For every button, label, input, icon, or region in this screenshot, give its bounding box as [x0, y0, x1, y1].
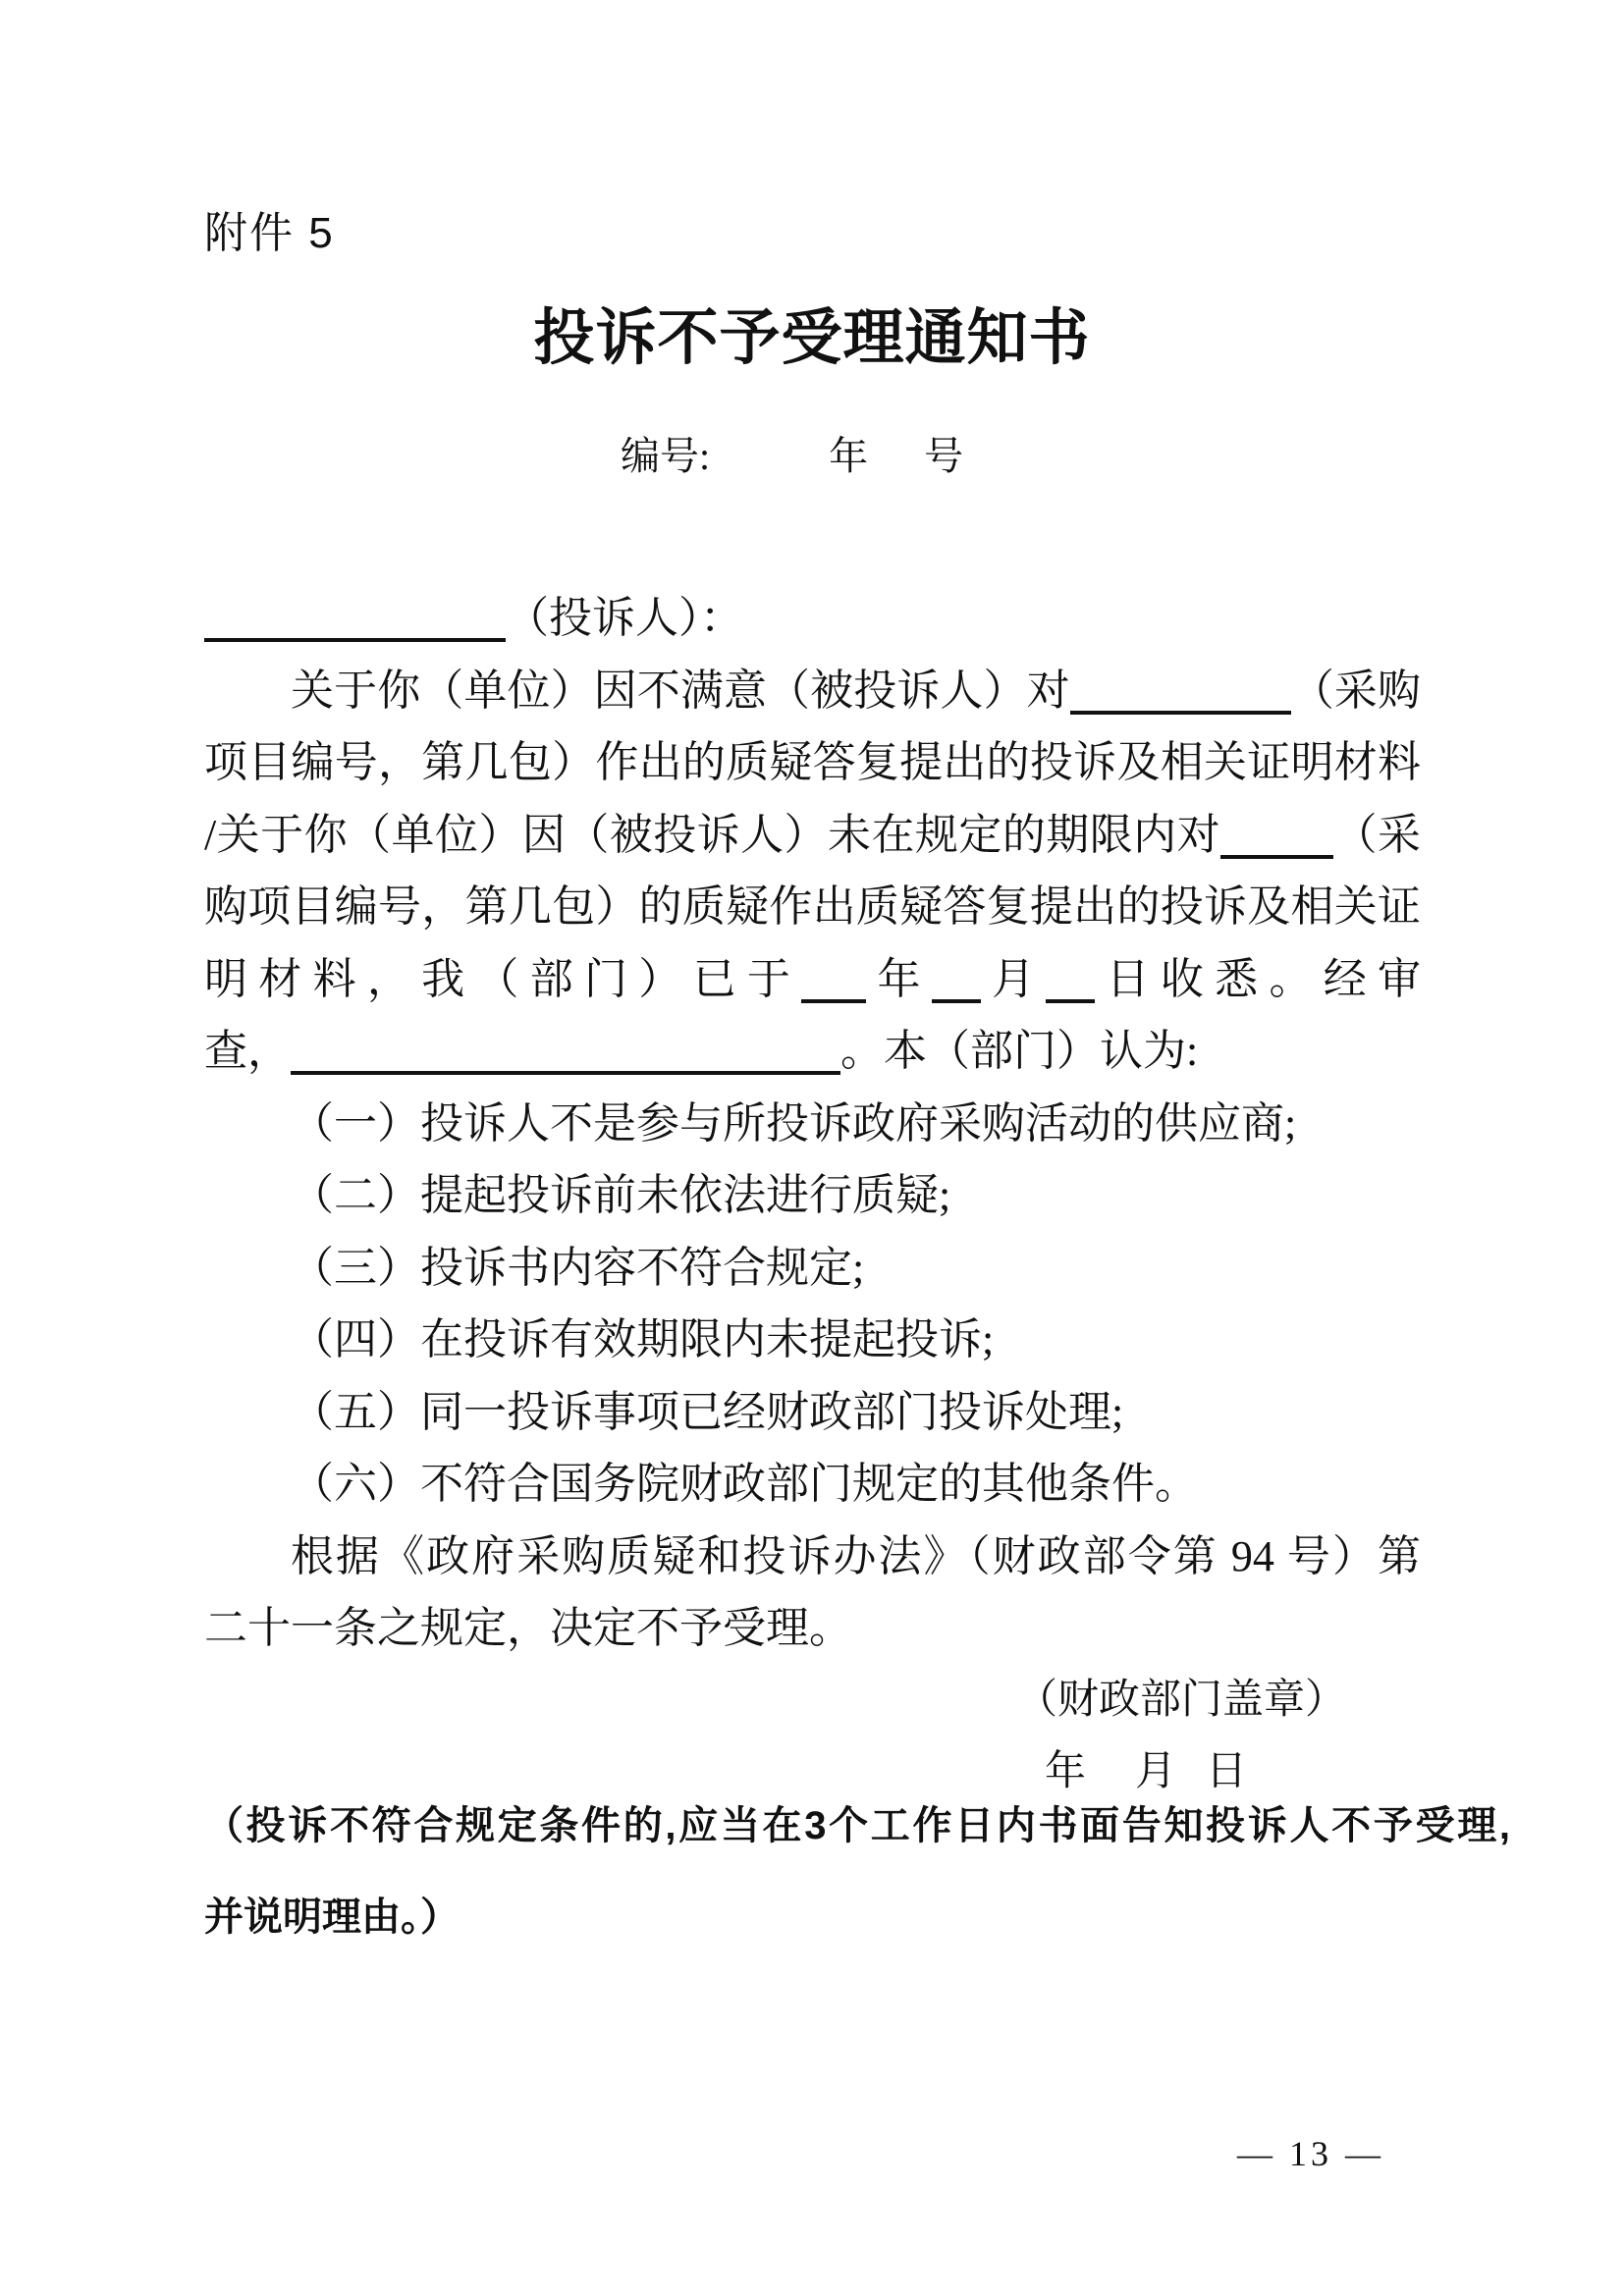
doc-number-row: 编号:年号: [621, 435, 963, 478]
text-run: 二十一条之规定，决定不予受理。: [204, 1604, 852, 1652]
text-run: 日收悉。经审: [1095, 955, 1421, 1003]
text-run: 月: [981, 955, 1047, 1003]
blank-underline: [801, 970, 866, 1003]
line-para-2: 项目编号，第几包）作出的质疑答复提出的投诉及相关证明材料: [204, 726, 1421, 799]
text-run: （四）在投诉有效期限内未提起投诉;: [291, 1315, 994, 1363]
line-complainant: （投诉人）：: [204, 582, 1421, 655]
line-para-3: /关于你（单位）因（被投诉人）未在规定的期限内对（采: [204, 799, 1421, 872]
line-stamp: （财政部门盖章）: [204, 1665, 1421, 1737]
note-line-1: （投诉不符合规定条件的,应当在3个工作日内书面告知投诉人不予受理,: [204, 1781, 1510, 1872]
line-basis-1: 根据《政府采购质疑和投诉办法》（财政部令第 94 号）第: [204, 1521, 1421, 1593]
text-run: （投诉不符合规定条件的,应当在3个工作日内书面告知投诉人不予受理,: [204, 1804, 1510, 1847]
text-run: /关于你（单位）因（被投诉人）未在规定的期限内对: [204, 811, 1220, 859]
text-run: 编号:: [621, 434, 710, 478]
text-run: 明材料，我（部门）已于: [204, 955, 801, 1003]
doc-number-line: 编号:年号: [621, 435, 963, 478]
line-para-4: 购项目编号，第几包）的质疑作出质疑答复提出的投诉及相关证: [204, 871, 1421, 943]
attachment-label: 附件 5: [204, 211, 335, 256]
text-run: （二）提起投诉前未依法进行质疑;: [291, 1171, 950, 1219]
text-run: 关于你（单位）因不满意（被投诉人）对: [291, 667, 1070, 715]
text-run: （采购: [1291, 667, 1421, 715]
text-run: （一）投诉人不是参与所投诉政府采购活动的供应商;: [291, 1099, 1296, 1148]
text-run: （五）同一投诉事项已经财政部门投诉处理;: [291, 1388, 1123, 1436]
spacer: [868, 468, 924, 469]
line-item-5: （五）同一投诉事项已经财政部门投诉处理;: [204, 1376, 1421, 1449]
text-run: 并说明理由。）: [204, 1896, 460, 1939]
line-para-1: 关于你（单位）因不满意（被投诉人）对（采购: [204, 655, 1421, 727]
document-body: （投诉人）：关于你（单位）因不满意（被投诉人）对（采购项目编号，第几包）作出的质…: [204, 582, 1421, 1809]
line-item-3: （三）投诉书内容不符合规定;: [204, 1232, 1421, 1305]
text-run: 查，: [204, 1027, 291, 1075]
text-run: 号: [924, 434, 963, 478]
text-run: 。本（部门）认为:: [840, 1027, 1198, 1075]
text-run: （采: [1333, 811, 1421, 859]
text-run: （投诉人）：: [506, 594, 743, 642]
text-run: 年: [829, 434, 868, 478]
text-run: （六）不符合国务院财政部门规定的其他条件。: [291, 1460, 1198, 1508]
line-para-5: 明材料，我（部门）已于年月日收悉。经审: [204, 943, 1421, 1016]
blank-underline: [291, 1041, 840, 1075]
text-run: 项目编号，第几包）作出的质疑答复提出的投诉及相关证明材料: [204, 738, 1421, 786]
blank-underline: [932, 970, 981, 1003]
line-basis-2: 二十一条之规定，决定不予受理。: [204, 1592, 1421, 1665]
blank-underline: [1070, 681, 1291, 715]
line-para-6: 查，。本（部门）认为:: [204, 1015, 1421, 1088]
page-title: 投诉不予受理通知书: [0, 306, 1624, 371]
blank-underline: [1220, 826, 1333, 859]
spacer: [710, 468, 829, 469]
line-item-1: （一）投诉人不是参与所投诉政府采购活动的供应商;: [204, 1088, 1421, 1160]
text-run: （财政部门盖章）: [1016, 1678, 1346, 1723]
blank-underline: [1046, 970, 1095, 1003]
line-item-4: （四）在投诉有效期限内未提起投诉;: [204, 1304, 1421, 1376]
blank-underline: [204, 609, 506, 642]
text-run: （三）投诉书内容不符合规定;: [291, 1244, 864, 1292]
text-run: 根据《政府采购质疑和投诉办法》（财政部令第 94 号）第: [291, 1532, 1421, 1580]
footnote: （投诉不符合规定条件的,应当在3个工作日内书面告知投诉人不予受理,并说明理由。）: [204, 1781, 1510, 1963]
text-run: 购项目编号，第几包）的质疑作出质疑答复提出的投诉及相关证: [204, 882, 1421, 931]
page-number: — 13 —: [1237, 2132, 1384, 2175]
line-item-6: （六）不符合国务院财政部门规定的其他条件。: [204, 1448, 1421, 1521]
document-page: 附件 5 投诉不予受理通知书 编号:年号 （投诉人）：关于你（单位）因不满意（被…: [0, 0, 1624, 2296]
line-item-2: （二）提起投诉前未依法进行质疑;: [204, 1159, 1421, 1232]
note-line-2: 并说明理由。）: [204, 1872, 1510, 1963]
text-run: 年: [866, 955, 932, 1003]
